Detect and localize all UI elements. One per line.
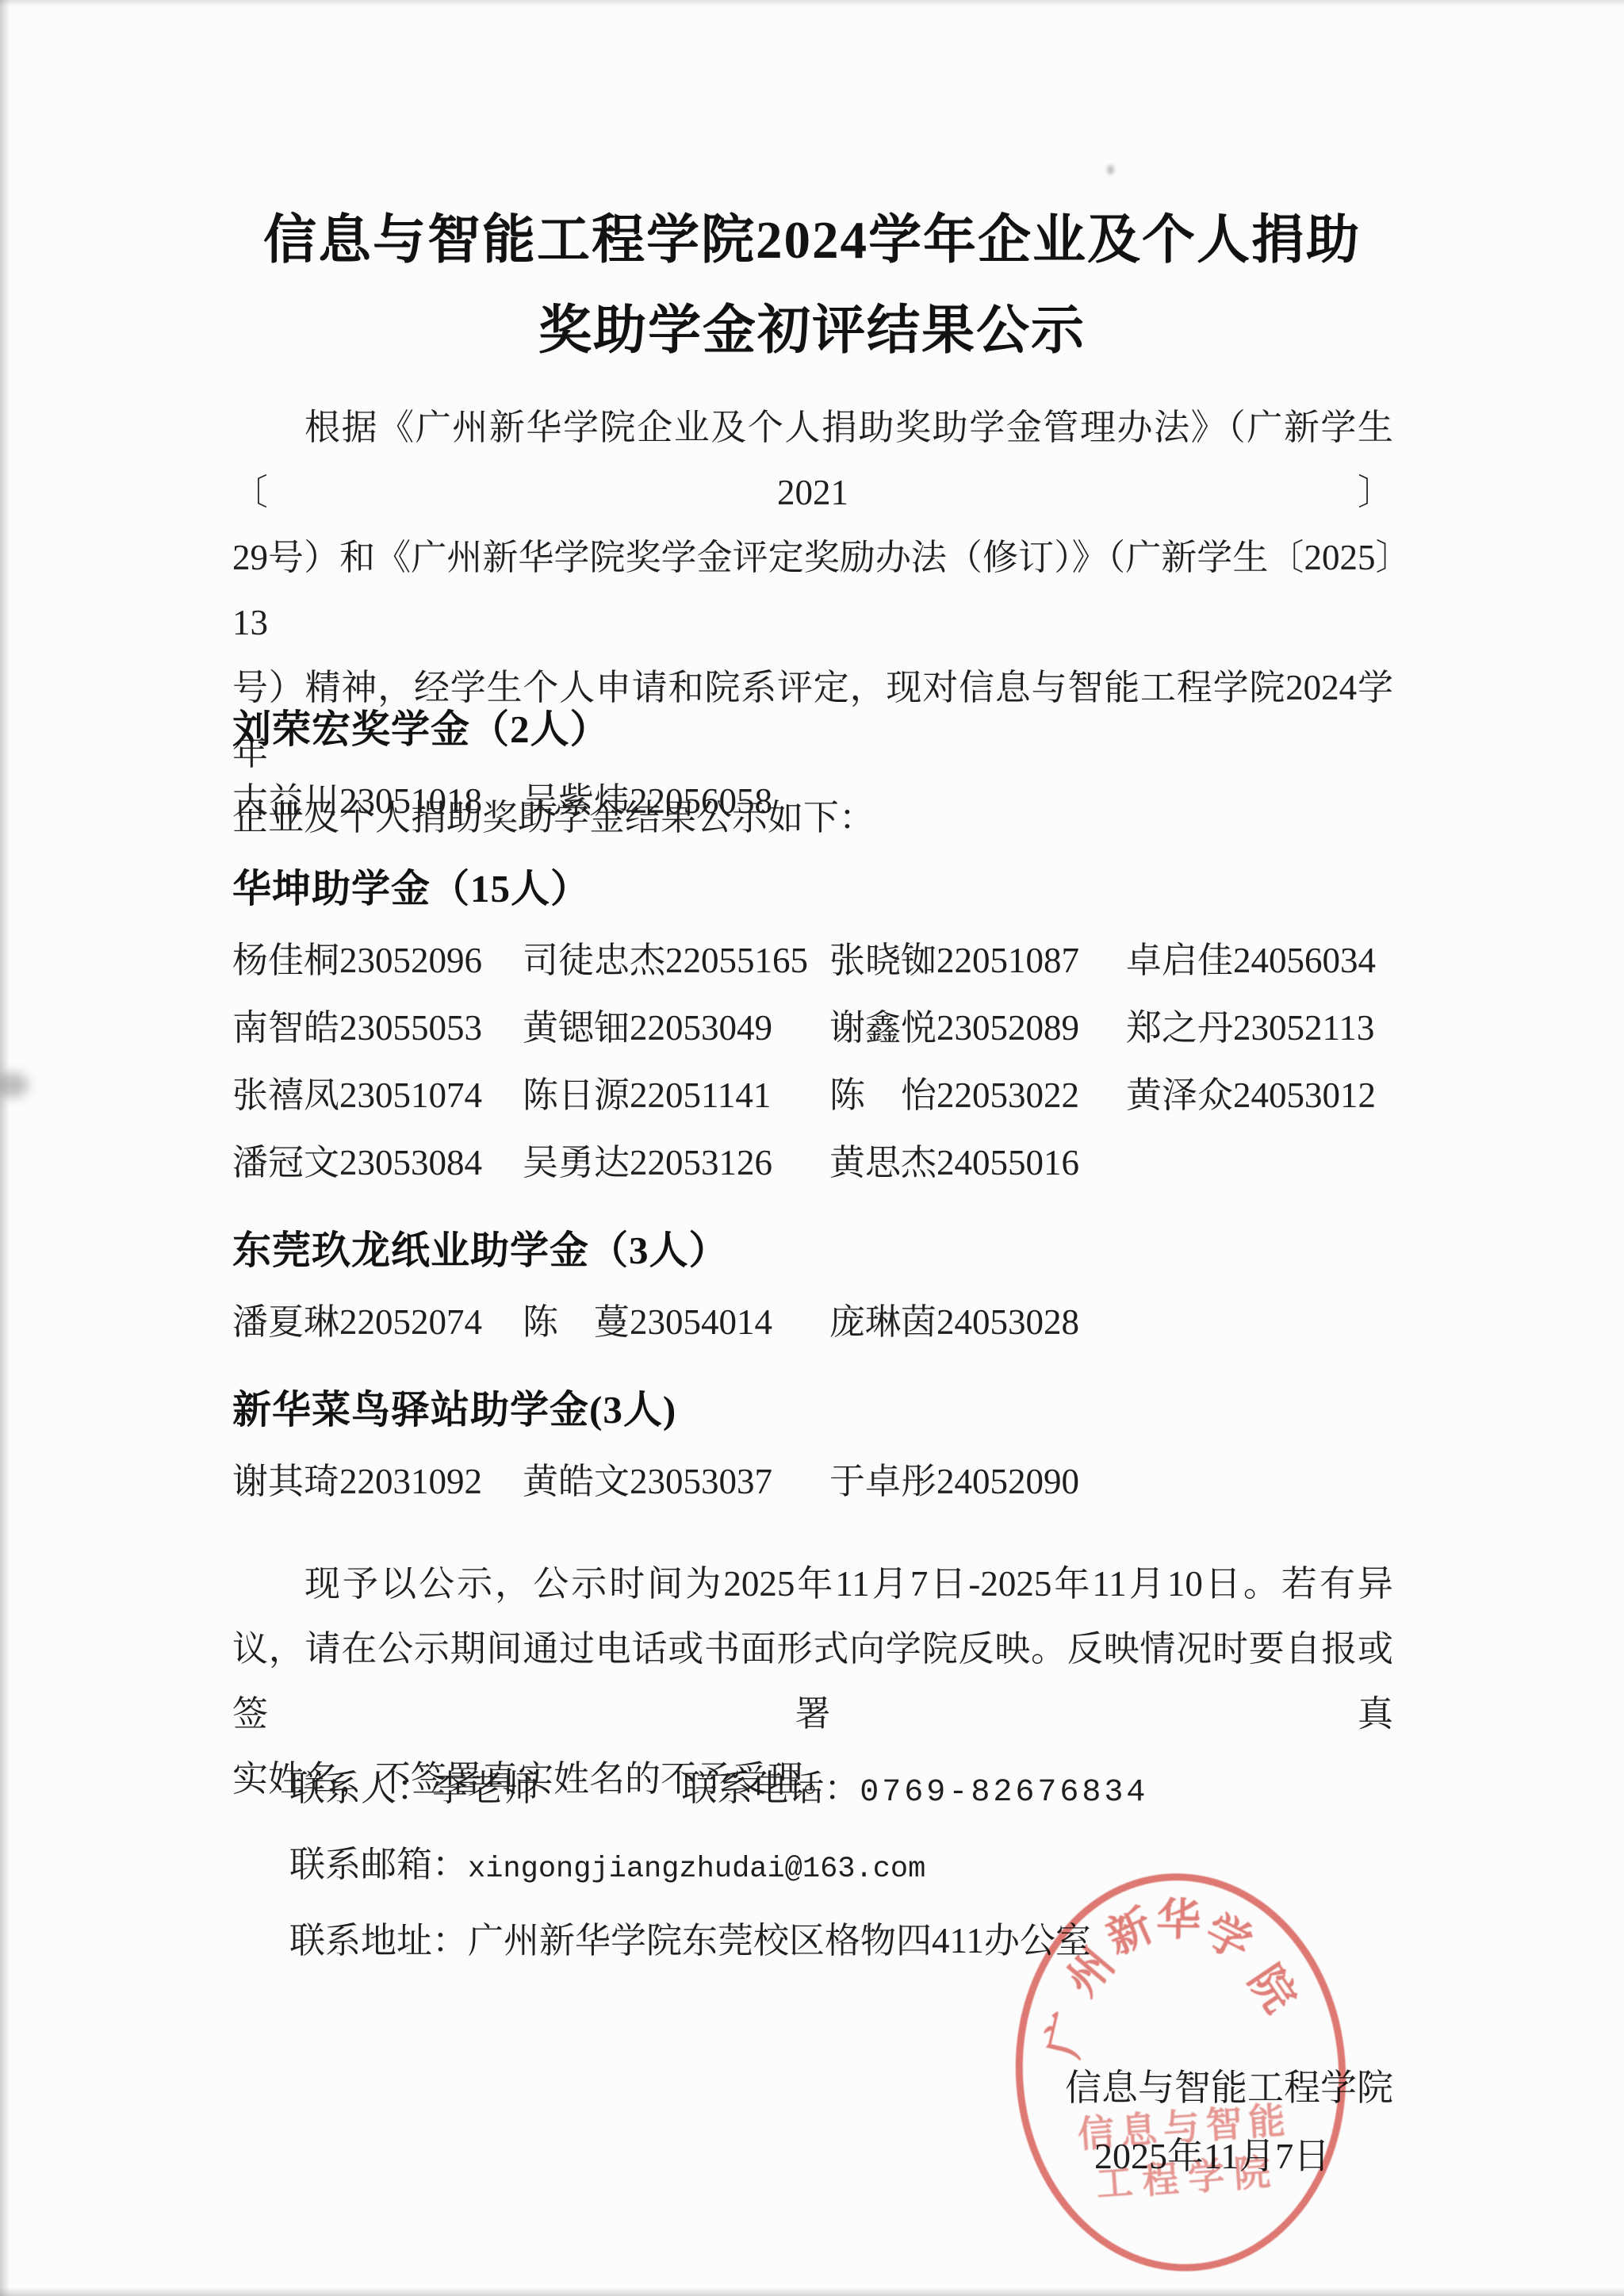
document-title-line-2: 奖助学金初评结果公示 — [0, 286, 1624, 376]
recipient-row: 谢其琦22031092黄皓文23053037于卓彤24052090 — [232, 1448, 1398, 1516]
recipient-name: 卓启佳24056034 — [1126, 927, 1398, 995]
recipient-name: 南智皓23055053 — [232, 995, 523, 1062]
official-stamp: 广州新华学院 信息与智能 工程学院 — [1002, 1862, 1359, 2283]
document-title: 信息与智能工程学院2024学年企业及个人捐助 奖助学金初评结果公示 — [0, 195, 1624, 376]
contact-email-value: xingongjiangzhudai@163.com — [468, 1853, 925, 1886]
scan-edge-top — [0, 0, 1624, 6]
contact-person-label: 联系人： — [289, 1769, 432, 1808]
recipient-name: 古益川23051018 — [232, 768, 523, 835]
scholarship-section: 华坤助学金（15人）杨佳桐23052096司徒忠杰22055165张晓铷2205… — [232, 864, 1398, 1197]
text-line: 29号）和《广州新华学院奖学金评定奖励办法（修订）》（广新学生〔2025〕13 — [232, 525, 1393, 655]
scholarship-heading: 华坤助学金（15人） — [232, 864, 1398, 914]
recipient-name: 吴勇达22053126 — [523, 1129, 829, 1197]
recipient-name: 司徒忠杰22055165 — [523, 927, 829, 995]
contact-phone-value: 0769-82676834 — [860, 1775, 1148, 1811]
scholarship-section: 新华菜鸟驿站助学金(3人)谢其琦22031092黄皓文23053037于卓彤24… — [232, 1385, 1398, 1516]
recipient-name: 于卓彤24052090 — [829, 1448, 1126, 1516]
contact-email-label: 联系邮箱： — [289, 1845, 468, 1884]
recipient-name: 谢鑫悦23052089 — [829, 995, 1126, 1062]
recipient-row: 杨佳桐23052096司徒忠杰22055165张晓铷22051087卓启佳240… — [232, 927, 1398, 995]
recipient-name: 潘冠文23053084 — [232, 1129, 523, 1197]
recipient-name: 吴紫炜22056058 — [523, 768, 829, 835]
recipient-name: 陈 蔓23054014 — [523, 1289, 829, 1356]
recipient-row: 南智皓23055053黄锶钿22053049谢鑫悦23052089郑之丹2305… — [232, 995, 1398, 1062]
recipient-name: 黄泽众24053012 — [1126, 1062, 1398, 1129]
recipient-name: 庞琳茵24053028 — [829, 1289, 1126, 1356]
text-line: 议，请在公示期间通过电话或书面形式向学院反映。反映情况时要自报或签署真 — [232, 1616, 1393, 1746]
contact-address-value: 广州新华学院东莞校区格物四411办公室 — [468, 1921, 1091, 1961]
scholarship-section: 东莞玖龙纸业助学金（3人）潘夏琳22052074陈 蔓23054014庞琳茵24… — [232, 1225, 1398, 1356]
recipient-name: 杨佳桐23052096 — [232, 927, 523, 995]
recipient-name: 陈 怡22053022 — [829, 1062, 1126, 1129]
scan-edge-bottom — [0, 2287, 1624, 2296]
scan-smudge — [0, 1072, 29, 1098]
recipient-name: 张禧凤23051074 — [232, 1062, 523, 1129]
recipient-name: 黄皓文23053037 — [523, 1448, 829, 1516]
scholarship-heading: 刘荣宏奖学金（2人） — [232, 704, 1398, 755]
text-line: 现予以公示，公示时间为2025年11月7日-2025年11月10日。若有异 — [232, 1551, 1393, 1616]
scholarship-heading: 东莞玖龙纸业助学金（3人） — [232, 1225, 1398, 1276]
contact-phone-label: 联系电话： — [681, 1769, 860, 1808]
document-title-line-1: 信息与智能工程学院2024学年企业及个人捐助 — [0, 195, 1624, 286]
contact-person-line: 联系人：李老师 联系电话：0769-82676834 — [232, 1753, 1393, 1829]
recipient-row: 古益川23051018吴紫炜22056058 — [232, 768, 1398, 835]
announcement-page: 信息与智能工程学院2024学年企业及个人捐助 奖助学金初评结果公示 根据《广州新… — [0, 0, 1624, 2296]
recipient-row: 张禧凤23051074陈日源22051141陈 怡22053022黄泽众2405… — [232, 1062, 1398, 1129]
recipient-name: 谢其琦22031092 — [232, 1448, 523, 1516]
recipient-row: 潘夏琳22052074陈 蔓23054014庞琳茵24053028 — [232, 1289, 1398, 1356]
recipient-name: 张晓铷22051087 — [829, 927, 1126, 995]
recipient-row: 潘冠文23053084吴勇达22053126黄思杰24055016 — [232, 1129, 1398, 1197]
contact-person-value: 李老师 — [432, 1769, 539, 1808]
recipient-name: 潘夏琳22052074 — [232, 1289, 523, 1356]
recipient-name: 黄思杰24055016 — [829, 1129, 1126, 1197]
scholarship-section: 刘荣宏奖学金（2人）古益川23051018吴紫炜22056058 — [232, 704, 1398, 835]
recipient-name: 郑之丹23052113 — [1126, 995, 1398, 1062]
recipient-name: 黄锶钿22053049 — [523, 995, 829, 1062]
text-line: 根据《广州新华学院企业及个人捐助奖助学金管理办法》（广新学生〔2021〕 — [232, 395, 1393, 525]
contact-address-label: 联系地址： — [289, 1921, 468, 1961]
scholarship-sections: 刘荣宏奖学金（2人）古益川23051018吴紫炜22056058华坤助学金（15… — [232, 676, 1398, 1516]
stamp-arc-char: 华 — [1155, 1884, 1201, 1949]
scholarship-heading: 新华菜鸟驿站助学金(3人) — [232, 1385, 1398, 1435]
scan-speck — [1107, 165, 1114, 174]
recipient-name: 陈日源22051141 — [523, 1062, 829, 1129]
